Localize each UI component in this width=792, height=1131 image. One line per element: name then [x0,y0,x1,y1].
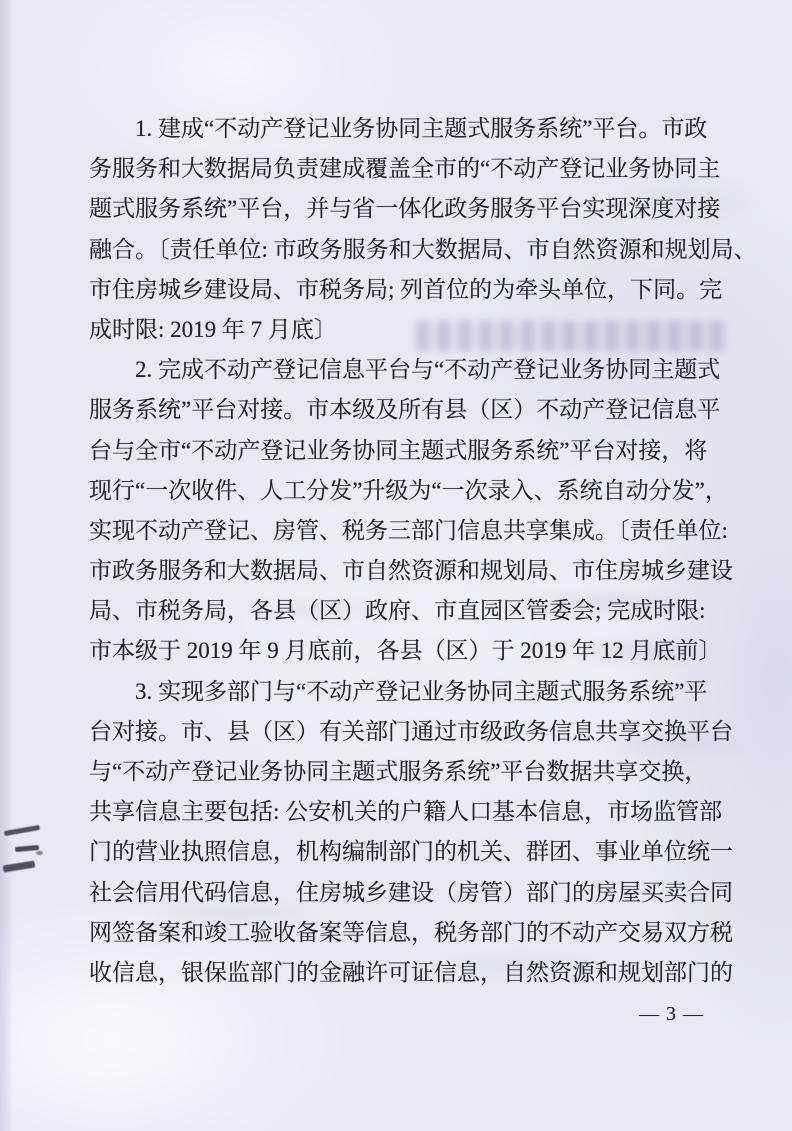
text-line: 1. 建成“不动产登记业务协同主题式服务系统”平台。市政 [89,109,703,149]
text-line: 实现不动产登记、房管、税务三部门信息共享集成。〔责任单位: [89,511,703,551]
text-line: 市本级于 2019 年 9 月底前，各县（区）于 2019 年 12 月底前〕 [89,631,703,671]
paragraph-item-3: 3. 实现多部门与“不动产登记业务协同主题式服务系统”平台对接。市、县（区）有关… [89,672,703,994]
paragraph-item-2: 2. 完成不动产登记信息平台与“不动产登记业务协同主题式服务系统”平台对接。市本… [89,350,703,672]
text-line: 题式服务系统”平台，并与省一体化政务服务平台实现深度对接 [89,189,703,229]
scanned-document-page: 1. 建成“不动产登记业务协同主题式服务系统”平台。市政务服务和大数据局负责建成… [0,0,792,1131]
text-line: 市政务服务和大数据局、市自然资源和规划局、市住房城乡建设 [89,551,703,591]
text-line: 服务系统”平台对接。市本级及所有县（区）不动产登记信息平 [89,390,703,430]
text-line: 融合。〔责任单位: 市政务服务和大数据局、市自然资源和规划局、 [89,230,703,270]
text-line: 台对接。市、县（区）有关部门通过市级政务信息共享交换平台 [89,712,703,752]
edge-pen-mark [36,851,43,855]
paragraph-item-1: 1. 建成“不动产登记业务协同主题式服务系统”平台。市政务服务和大数据局负责建成… [89,109,703,350]
text-line: 与“不动产登记业务协同主题式服务系统”平台数据共享交换， [89,752,703,792]
text-line: 务服务和大数据局负责建成覆盖全市的“不动产登记业务协同主 [89,149,703,189]
text-line: 2. 完成不动产登记信息平台与“不动产登记业务协同主题式 [89,350,703,390]
text-line: 收信息，银保监部门的金融许可证信息，自然资源和规划部门的 [89,953,703,993]
text-line: 现行“一次收件、人工分发”升级为“一次录入、系统自动分发”， [89,471,703,511]
scan-edge-shade [0,0,14,1131]
text-line: 台与全市“不动产登记业务协同主题式服务系统”平台对接，将 [89,431,703,471]
text-line: 局、市税务局，各县（区）政府、市直园区管委会; 完成时限: [89,591,703,631]
text-line: 社会信用代码信息，住房城乡建设（房管）部门的房屋买卖合同 [89,873,703,913]
text-line: 网签备案和竣工验收备案等信息，税务部门的不动产交易双方税 [89,913,703,953]
document-body: 1. 建成“不动产登记业务协同主题式服务系统”平台。市政务服务和大数据局负责建成… [89,109,703,993]
text-line: 3. 实现多部门与“不动产登记业务协同主题式服务系统”平 [89,672,703,712]
text-line: 成时限: 2019 年 7 月底〕 [89,310,703,350]
edge-pen-mark [15,845,39,852]
text-line: 共享信息主要包括: 公安机关的户籍人口基本信息，市场监管部 [89,792,703,832]
text-line: 门的营业执照信息，机构编制部门的机关、群团、事业单位统一 [89,832,703,872]
edge-pen-mark [4,825,40,836]
page-number: — 3 — [639,1003,704,1026]
edge-pen-mark [3,861,36,873]
text-line: 市住房城乡建设局、市税务局; 列首位的为牵头单位，下同。完 [89,270,703,310]
